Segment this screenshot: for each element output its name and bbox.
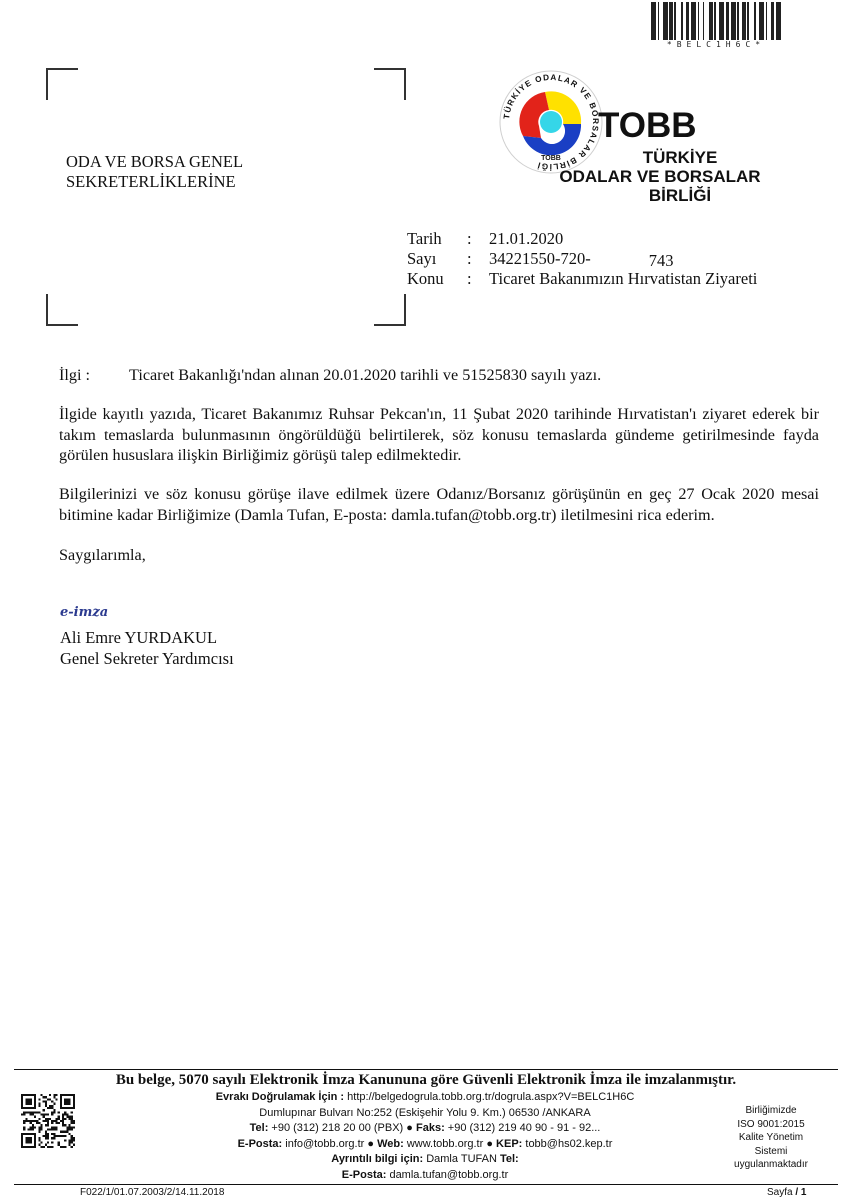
meta-subject-row: Konu : Ticaret Bakanımızın Hırvatistan Z…: [407, 269, 757, 289]
barcode-text: *BELC1H6C*: [651, 40, 781, 49]
signer-block: Ali Emre YURDAKUL Genel Sekreter Yardımc…: [60, 627, 234, 669]
date-value: 21.01.2020: [489, 229, 563, 249]
closing-line: Saygılarımla,: [59, 545, 146, 566]
reference-line: İlgi : Ticaret Bakanlığı'ndan alınan 20.…: [59, 365, 601, 386]
phone-line: Tel: +90 (312) 218 20 00 (PBX) ● Faks: +…: [190, 1121, 660, 1137]
e-signature-mark: e-imza: [60, 605, 108, 620]
signer-title: Genel Sekreter Yardımcısı: [60, 648, 234, 669]
meta-date-row: Tarih : 21.01.2020: [407, 229, 757, 249]
detail-email-label: E-Posta:: [342, 1169, 387, 1181]
web-label: Web:: [374, 1138, 404, 1150]
meta-number-row: Sayı : 34221550-720- 743: [407, 249, 757, 269]
detail-value: Damla TUFAN: [423, 1153, 500, 1165]
address-frame-corner-top-right: [374, 68, 406, 100]
kep-label: KEP:: [493, 1138, 522, 1150]
subject-separator: :: [467, 269, 489, 289]
bullet-icon: ●: [486, 1138, 493, 1150]
iso-line: Birliğimizde: [716, 1104, 826, 1118]
footer-divider-top: [14, 1069, 838, 1070]
address-frame-corner-top-left: [46, 68, 78, 100]
footer-contact: Evrakı Doğrulamak İçin : http://belgedog…: [190, 1090, 660, 1183]
subject-label: Konu: [407, 269, 467, 289]
verify-url[interactable]: http://belgedogrula.tobb.org.tr/dogrula.…: [344, 1091, 634, 1103]
verify-label: Evrakı Doğrulamak İçin :: [216, 1091, 344, 1103]
iso-line: ISO 9001:2015: [716, 1118, 826, 1132]
address-line: Dumlupınar Bulvarı No:252 (Eskişehir Yol…: [190, 1106, 660, 1122]
tel-value: +90 (312) 218 20 00 (PBX): [268, 1122, 406, 1134]
online-contact-line: E-Posta: info@tobb.org.tr ● Web: www.tob…: [190, 1137, 660, 1153]
tel-label: Tel:: [250, 1122, 269, 1134]
document-meta: Tarih : 21.01.2020 Sayı : 34221550-720- …: [407, 229, 757, 289]
iso-notice: Birliğimizde ISO 9001:2015 Kalite Yöneti…: [716, 1104, 826, 1172]
recipient-block: ODA VE BORSA GENEL SEKRETERLİKLERİNE: [66, 152, 243, 192]
page-total: 1: [801, 1187, 807, 1198]
fax-label: Faks:: [413, 1122, 445, 1134]
organization-name-line-3: BİRLİĞİ: [545, 186, 775, 205]
recipient-line-1: ODA VE BORSA GENEL: [66, 152, 243, 172]
bullet-icon: ●: [406, 1122, 413, 1134]
organization-name-line-1: TÜRKİYE: [545, 148, 775, 167]
number-suffix: 743: [649, 251, 674, 271]
qr-code-icon: [21, 1094, 75, 1148]
iso-line: uygulanmaktadır: [716, 1158, 826, 1172]
verify-line: Evrakı Doğrulamak İçin : http://belgedog…: [190, 1090, 660, 1106]
number-value: 34221550-720-: [489, 249, 591, 269]
email-value[interactable]: info@tobb.org.tr: [282, 1138, 367, 1150]
recipient-line-2: SEKRETERLİKLERİNE: [66, 172, 243, 192]
kep-value[interactable]: tobb@hs02.kep.tr: [522, 1138, 612, 1150]
iso-line: Sistemi: [716, 1145, 826, 1159]
subject-value: Ticaret Bakanımızın Hırvatistan Ziyareti: [489, 269, 757, 289]
organization-name-line-2: ODALAR VE BORSALAR: [545, 167, 775, 186]
number-label: Sayı: [407, 249, 467, 269]
page-separator: /: [793, 1187, 801, 1198]
detail-tel-label: Tel:: [500, 1153, 519, 1165]
logo-title: TOBB: [598, 106, 697, 146]
body-paragraph-1: İlgide kayıtlı yazıda, Ticaret Bakanımız…: [59, 404, 819, 466]
detail-email-line: E-Posta: damla.tufan@tobb.org.tr: [190, 1168, 660, 1184]
organization-name: TÜRKİYE ODALAR VE BORSALAR BİRLİĞİ: [545, 148, 775, 205]
reference-text: Ticaret Bakanlığı'ndan alınan 20.01.2020…: [129, 365, 601, 386]
iso-line: Kalite Yönetim: [716, 1131, 826, 1145]
page-label: Sayfa: [767, 1187, 793, 1198]
reference-label: İlgi :: [59, 365, 129, 386]
e-signature-notice: Bu belge, 5070 sayılı Elektronik İmza Ka…: [14, 1071, 838, 1089]
detail-email-value[interactable]: damla.tufan@tobb.org.tr: [386, 1169, 508, 1181]
email-label: E-Posta:: [238, 1138, 283, 1150]
detail-contact-line: Ayrıntılı bilgi için: Damla TUFAN Tel:: [190, 1152, 660, 1168]
number-separator: :: [467, 249, 489, 269]
detail-label: Ayrıntılı bilgi için:: [331, 1153, 423, 1165]
page-number: Sayfa / 1: [767, 1187, 806, 1198]
web-value[interactable]: www.tobb.org.tr: [404, 1138, 487, 1150]
body-paragraph-2: Bilgilerinizi ve söz konusu görüşe ilave…: [59, 484, 819, 525]
footer-divider-bottom: [14, 1184, 838, 1185]
address-frame-corner-bottom-right: [374, 294, 406, 326]
signer-name: Ali Emre YURDAKUL: [60, 627, 234, 648]
address-frame-corner-bottom-left: [46, 294, 78, 326]
form-code: F022/1/01.07.2003/2/14.11.2018: [80, 1187, 224, 1198]
date-separator: :: [467, 229, 489, 249]
date-label: Tarih: [407, 229, 467, 249]
document-barcode: [651, 2, 781, 40]
fax-value: +90 (312) 219 40 90 - 91 - 92...: [445, 1122, 601, 1134]
